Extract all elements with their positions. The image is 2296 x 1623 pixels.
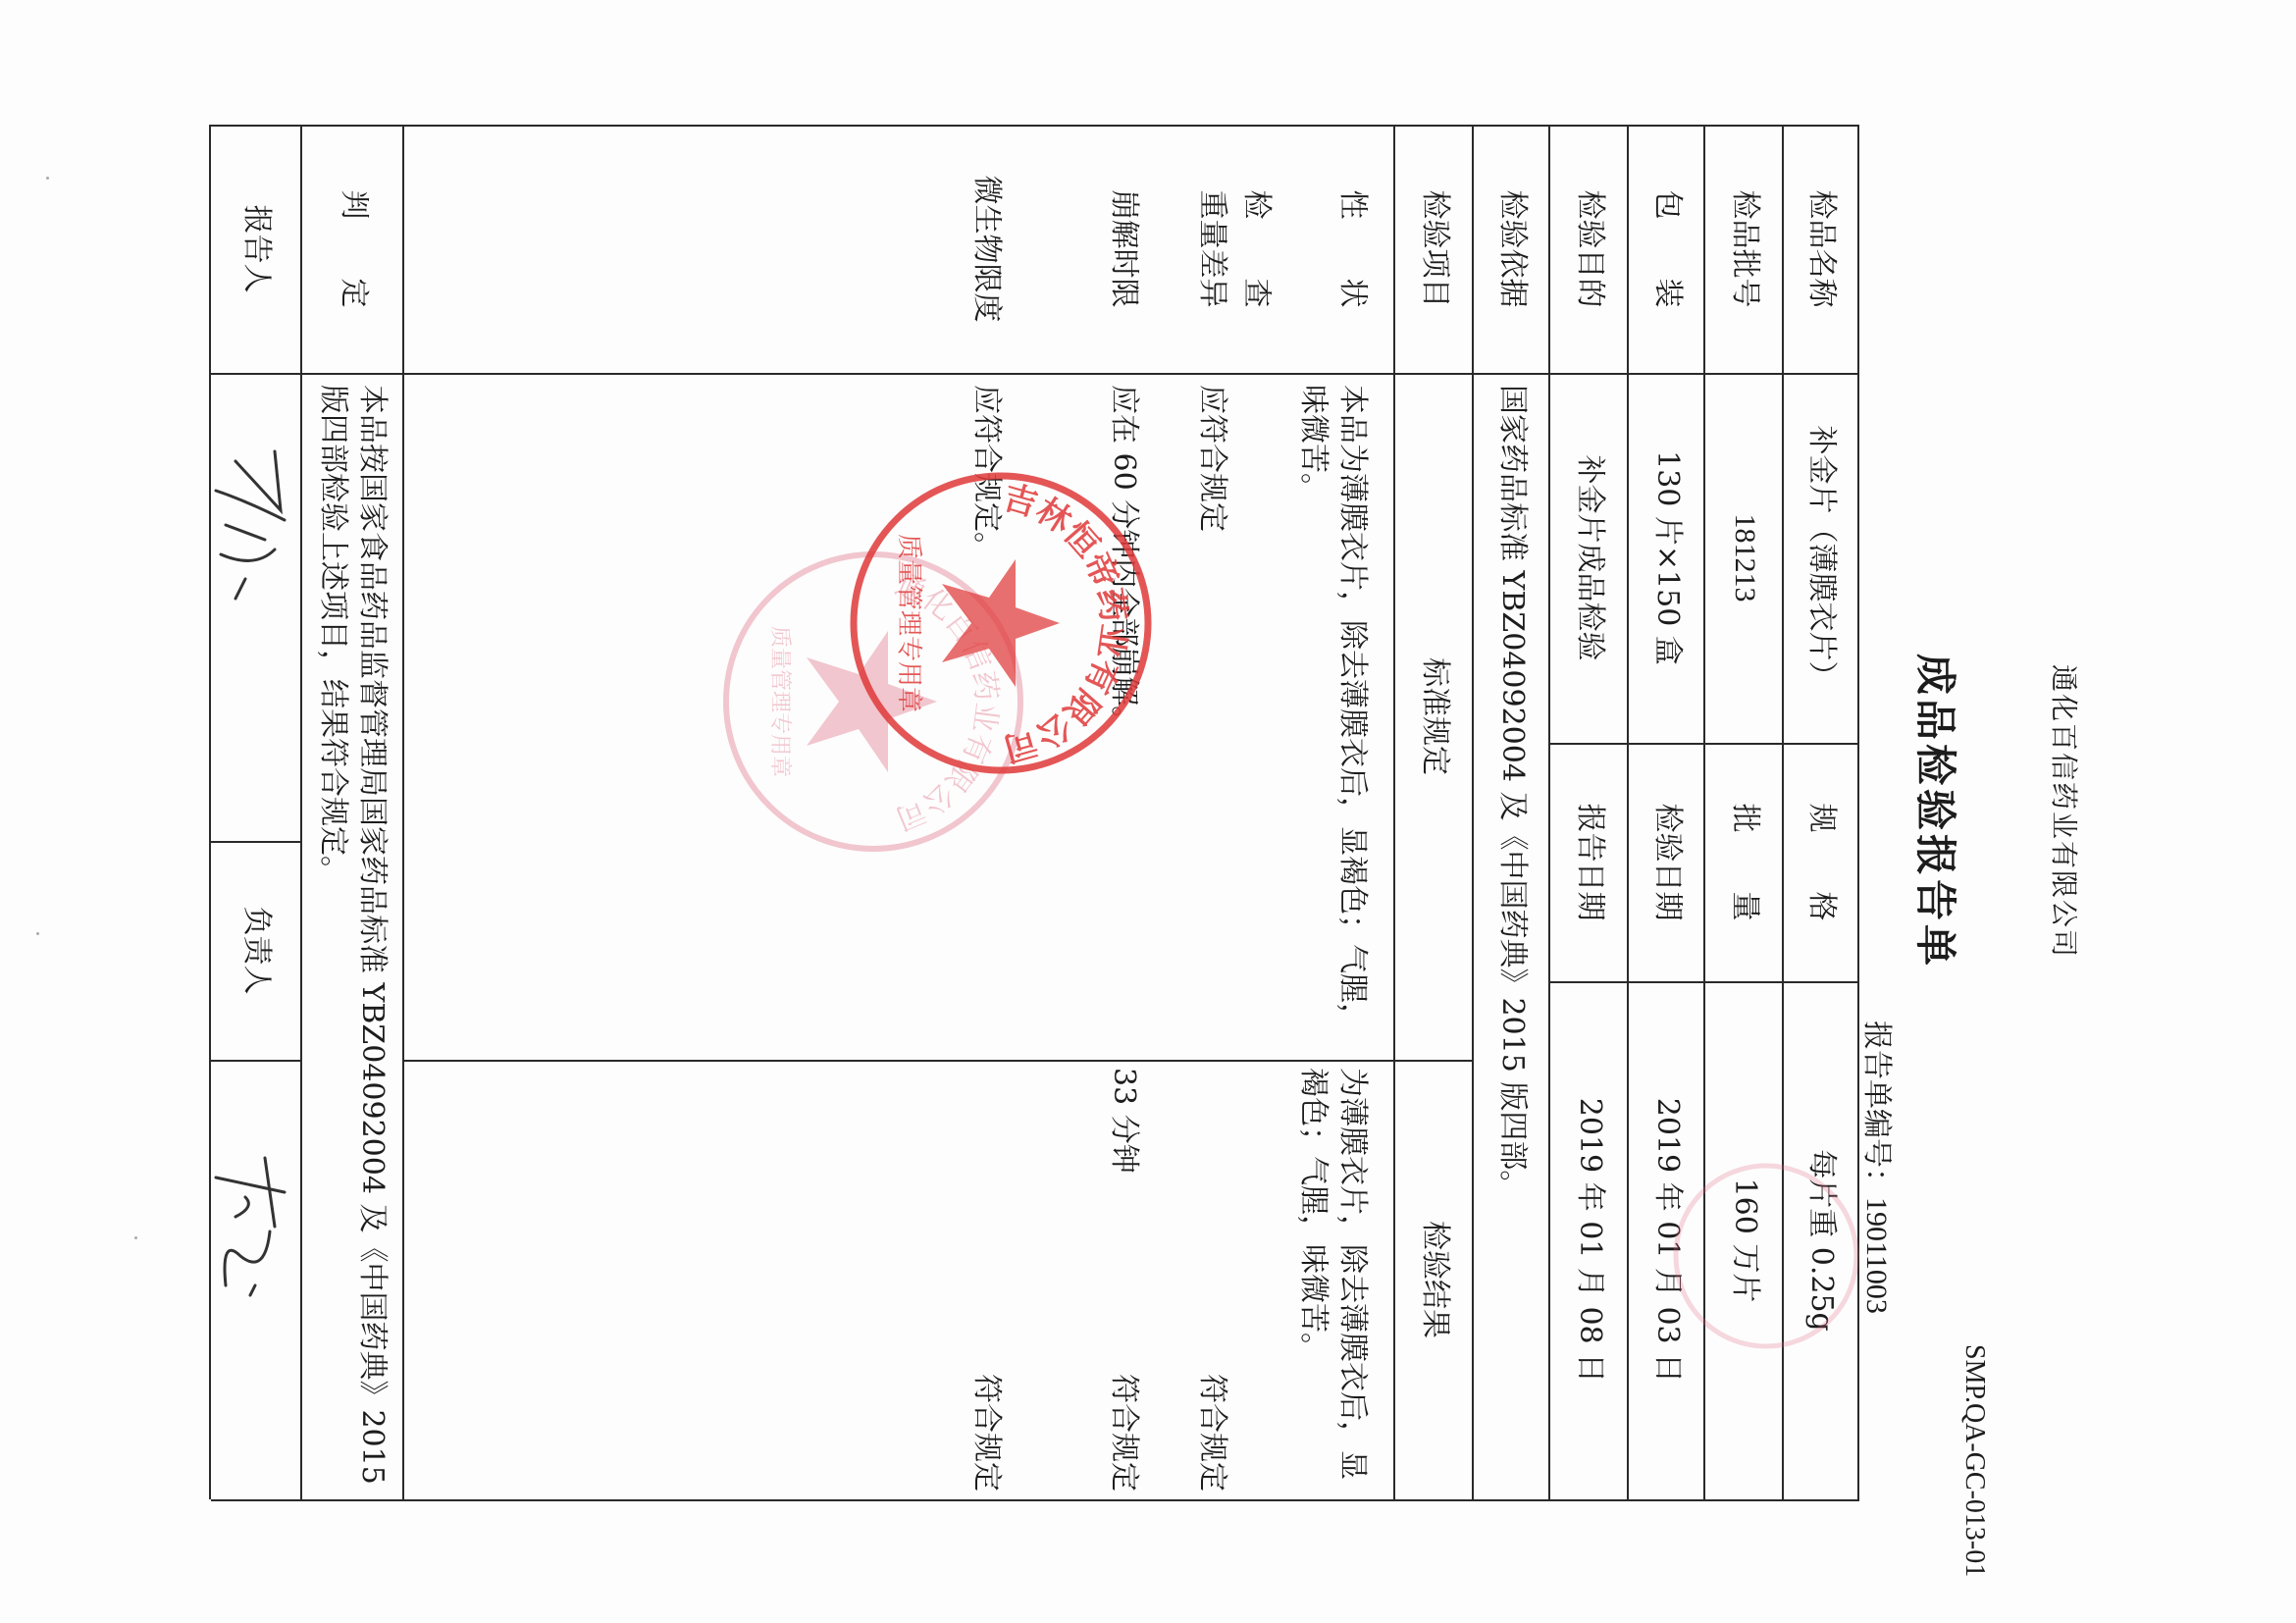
row-conclusion: 符合规定 (966, 1374, 1006, 1499)
column-header-item: 检验项目 (1395, 125, 1474, 373)
row-item: 检 查 (1236, 125, 1276, 373)
row-standard: 应符合规定。 (966, 385, 1006, 1052)
report-number-value: 19011003 (1860, 1197, 1893, 1314)
row-standard: 应在 60 分钟内全部崩解。 (1104, 385, 1143, 1052)
purpose-value: 补金片成品检验 (1550, 373, 1629, 743)
scan-speck (46, 177, 49, 180)
report-date-value: 2019 年 01 月 08 日 (1550, 981, 1629, 1499)
judgement-text: 本品按国家食品药品监督管理局国家药品标准 YBZ04092004 及《中国药典》… (308, 385, 396, 1493)
row-item: 重量差异 (1192, 125, 1231, 373)
spec-label: 规 格 (1784, 743, 1859, 981)
scan-speck (36, 932, 39, 935)
test-date-value: 2019 年 01 月 03 日 (1629, 981, 1705, 1499)
batch-qty-value: 160 万片 (1705, 981, 1784, 1499)
report-number-label: 报告单编号： (1859, 1021, 1894, 1197)
product-name-label: 检品名称 (1784, 125, 1859, 373)
responsible-label: 负责人 (211, 841, 302, 1060)
table-rule (211, 1060, 302, 1062)
table-rule (404, 1060, 1474, 1062)
row-item: 崩解时限 (1104, 125, 1143, 373)
row-item: 微生物限度 (966, 125, 1006, 373)
report-number: 报告单编号：19011003 (1858, 1021, 1902, 1314)
batch-no-label: 检品批号 (1705, 125, 1784, 373)
scan-speck (134, 1236, 137, 1239)
test-date-label: 检验日期 (1629, 743, 1705, 981)
basis-label: 检验依据 (1474, 125, 1550, 373)
reporter-label: 报告人 (211, 125, 302, 373)
purpose-label: 检验目的 (1550, 125, 1629, 373)
row-result: 为薄膜衣片，除去薄膜衣后，显褐色；气腥，味微苦。 (1283, 1068, 1372, 1499)
svg-text:质量管理专用章: 质量管理专用章 (894, 534, 923, 712)
package-label: 包 装 (1629, 125, 1705, 373)
column-header-standard: 标准规定 (1395, 373, 1474, 1060)
report-title: 成品检验报告单 (1908, 0, 1967, 1623)
row-conclusion: 符合规定 (1104, 1374, 1143, 1499)
basis-value: 国家药品标准 YBZ04092004 及《中国药典》2015 版四部。 (1474, 385, 1550, 1493)
batch-no-value: 181213 (1705, 373, 1784, 743)
spec-value: 每片重 0.25g (1784, 981, 1859, 1499)
report-date-label: 报告日期 (1550, 743, 1629, 981)
responsible-signature (206, 1138, 294, 1335)
package-value: 130 片×150 盒 (1629, 373, 1705, 743)
row-standard: 应符合规定 (1192, 385, 1231, 1052)
inspection-report-page: 通化百信药业有限公司 SMP.QA-GC-013-01 成品检验报告单 报告单编… (0, 0, 2296, 1623)
row-item: 性 状 (1332, 125, 1372, 373)
batch-qty-label: 批 量 (1705, 743, 1784, 981)
row-standard: 本品为薄膜衣片，除去薄膜衣后，显褐色；气腥，味微苦。 (1283, 385, 1372, 1052)
product-name-value: 补金片（薄膜衣片） (1784, 373, 1859, 743)
svg-text:质量管理专用章: 质量管理专用章 (767, 626, 792, 777)
judgement-label: 判 定 (302, 125, 404, 373)
scanned-document-viewport: 通化百信药业有限公司 SMP.QA-GC-013-01 成品检验报告单 报告单编… (0, 0, 2296, 1623)
row-result: 33 分钟 (1104, 1068, 1143, 1264)
table-rule (211, 1499, 1859, 1501)
company-name: 通化百信药业有限公司 (2046, 0, 2085, 1623)
reporter-signature (206, 432, 294, 628)
row-conclusion: 符合规定 (1192, 1374, 1231, 1499)
column-header-result: 检验结果 (1395, 1060, 1474, 1499)
